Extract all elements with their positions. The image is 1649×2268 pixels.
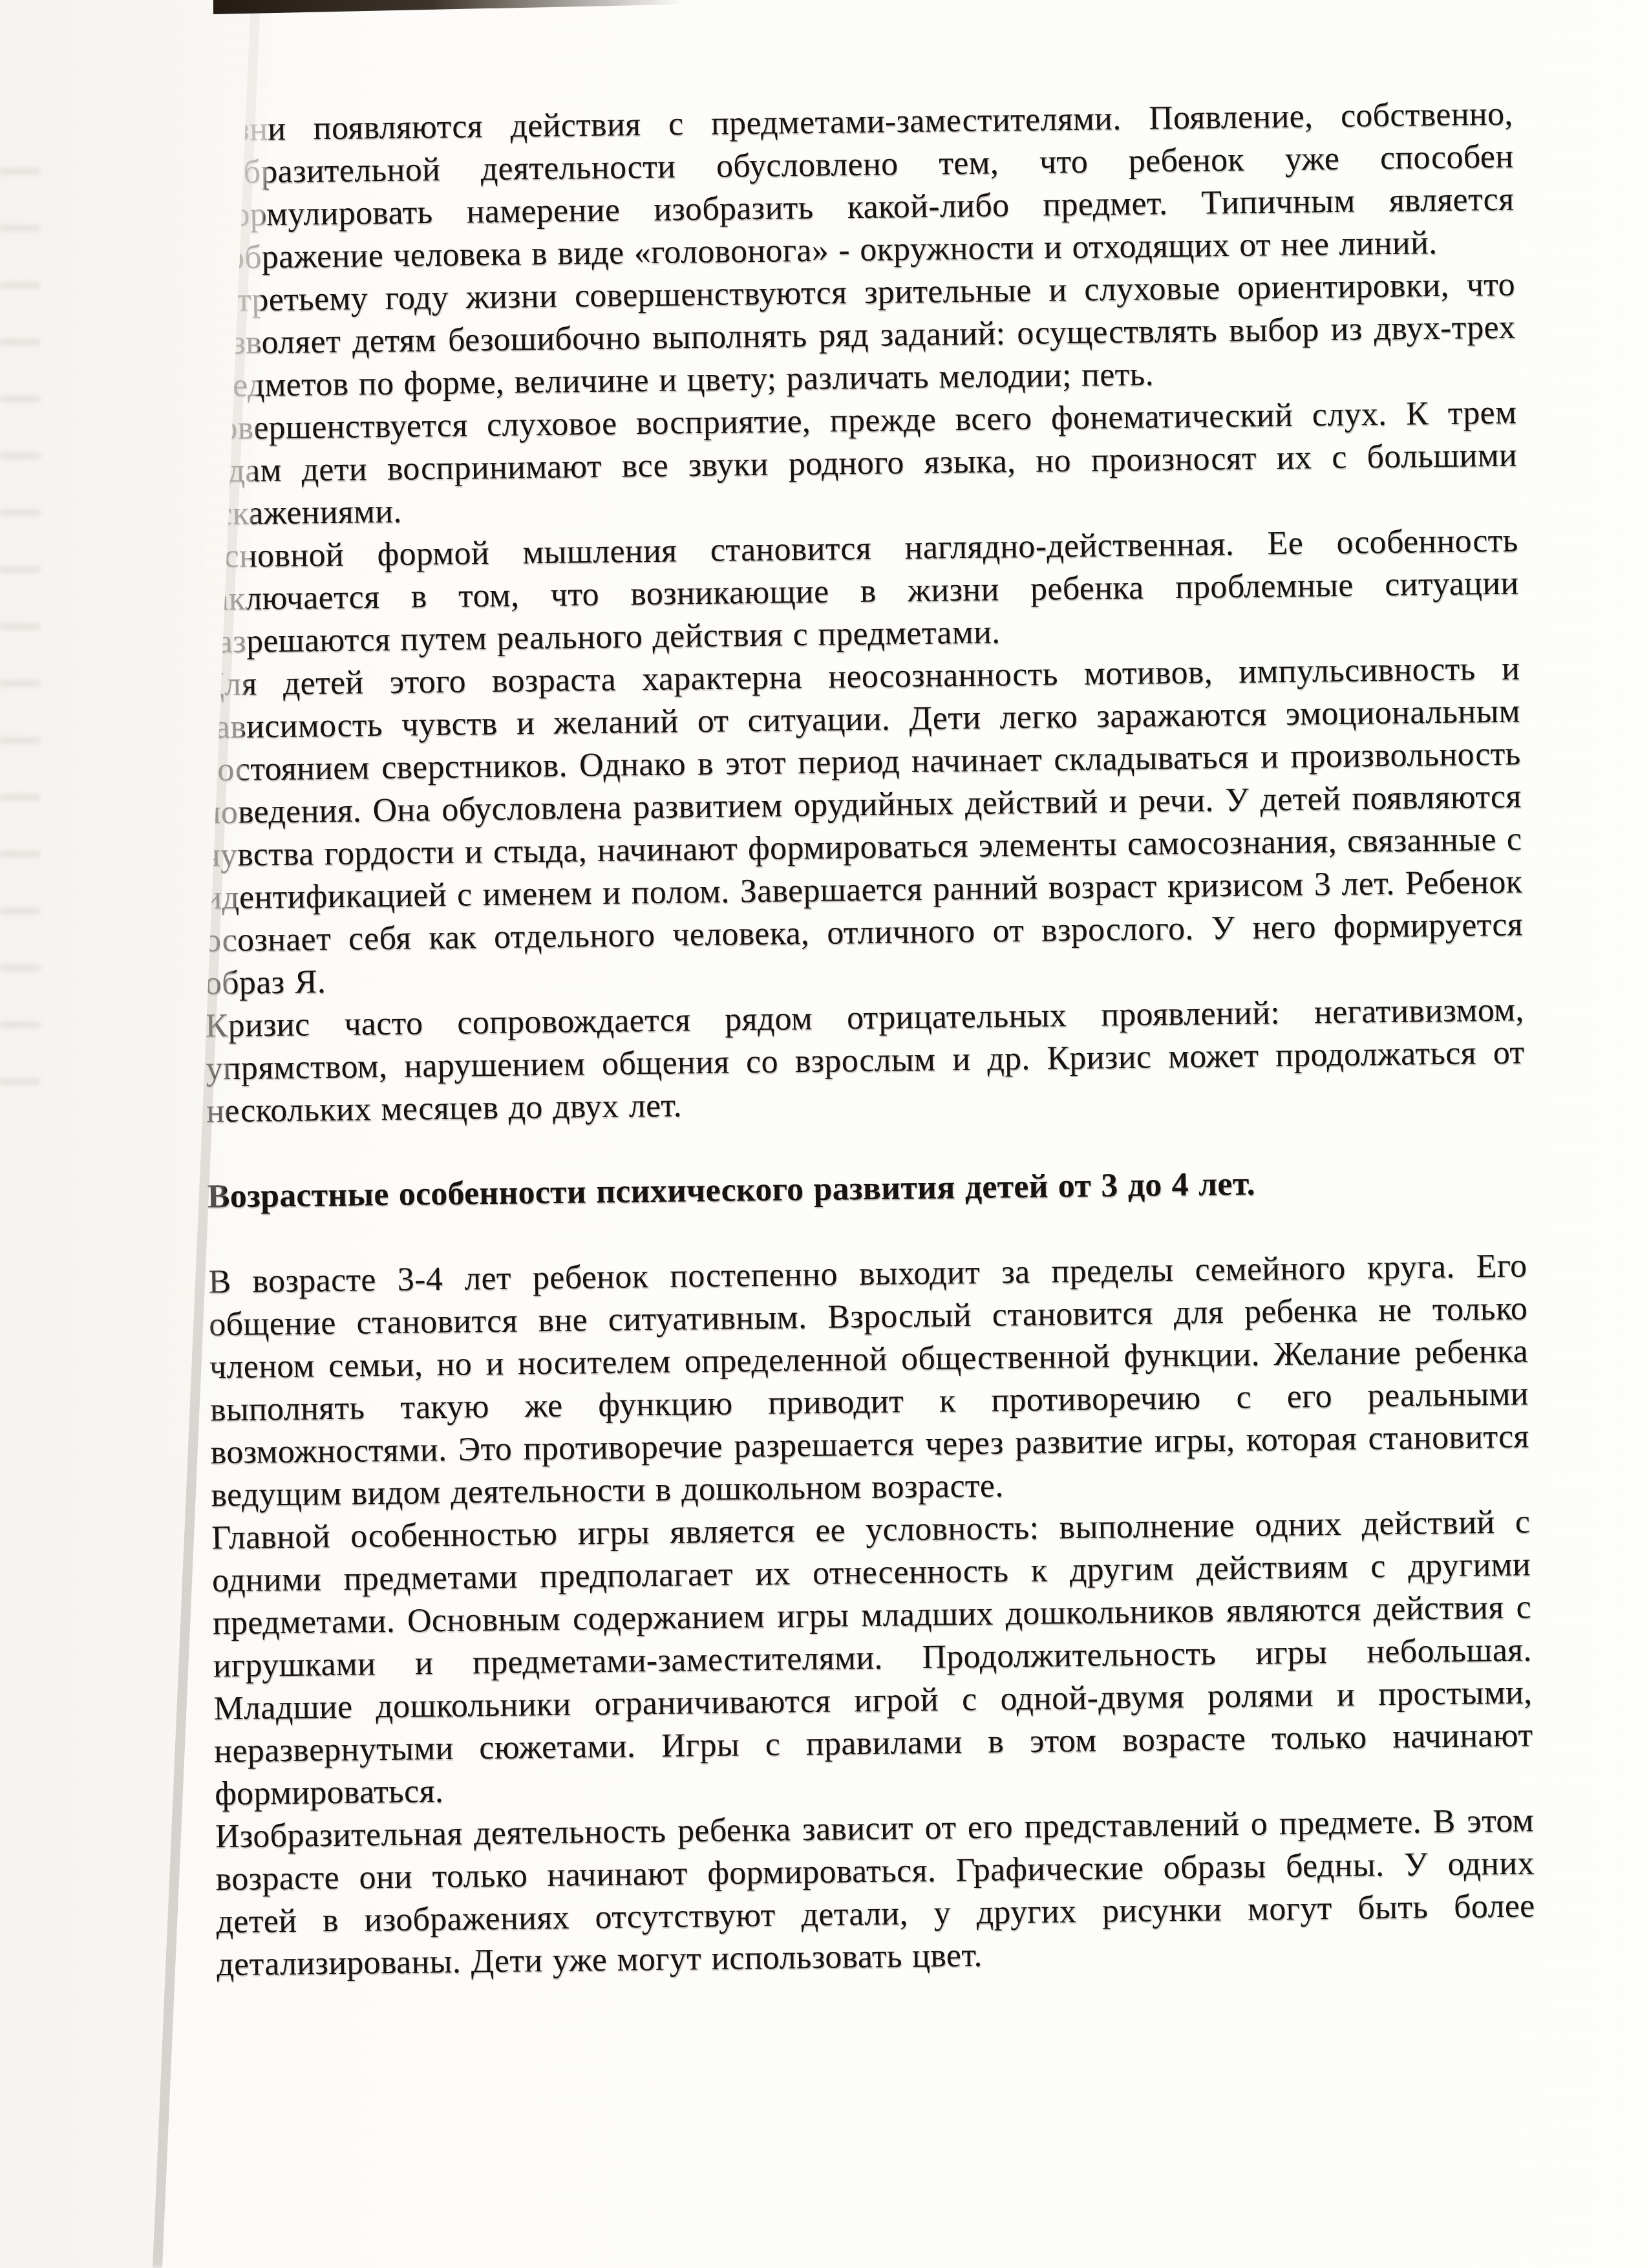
- paragraph: Главной особенностью игры является ее ус…: [211, 1501, 1533, 1815]
- scanned-document-page: жизни появляются действия с предметами-з…: [0, 0, 1649, 2268]
- section-heading: Возрастные особенности психического разв…: [207, 1160, 1526, 1219]
- page-edge-ghost-marks: [0, 168, 40, 1106]
- paragraph: Кризис часто сопровождается рядом отрица…: [205, 989, 1525, 1133]
- scan-top-edge-artifact: [213, 0, 698, 14]
- document-text-block: жизни появляются действия с предметами-з…: [194, 93, 1535, 1987]
- paragraph: Основной формой мышления становится нагл…: [199, 520, 1519, 664]
- paragraph: В возрасте 3-4 лет ребенок постепенно вы…: [208, 1245, 1530, 1517]
- paragraph: жизни появляются действия с предметами-з…: [194, 93, 1515, 280]
- paragraph: Совершенствуется слуховое восприятие, пр…: [198, 392, 1518, 536]
- paragraph: Для детей этого возраста характерна неос…: [201, 648, 1524, 1005]
- paragraph: Изобразительная деятельность ребенка зав…: [215, 1799, 1536, 1986]
- paragraph: К третьему году жизни совершенствуются з…: [197, 264, 1516, 408]
